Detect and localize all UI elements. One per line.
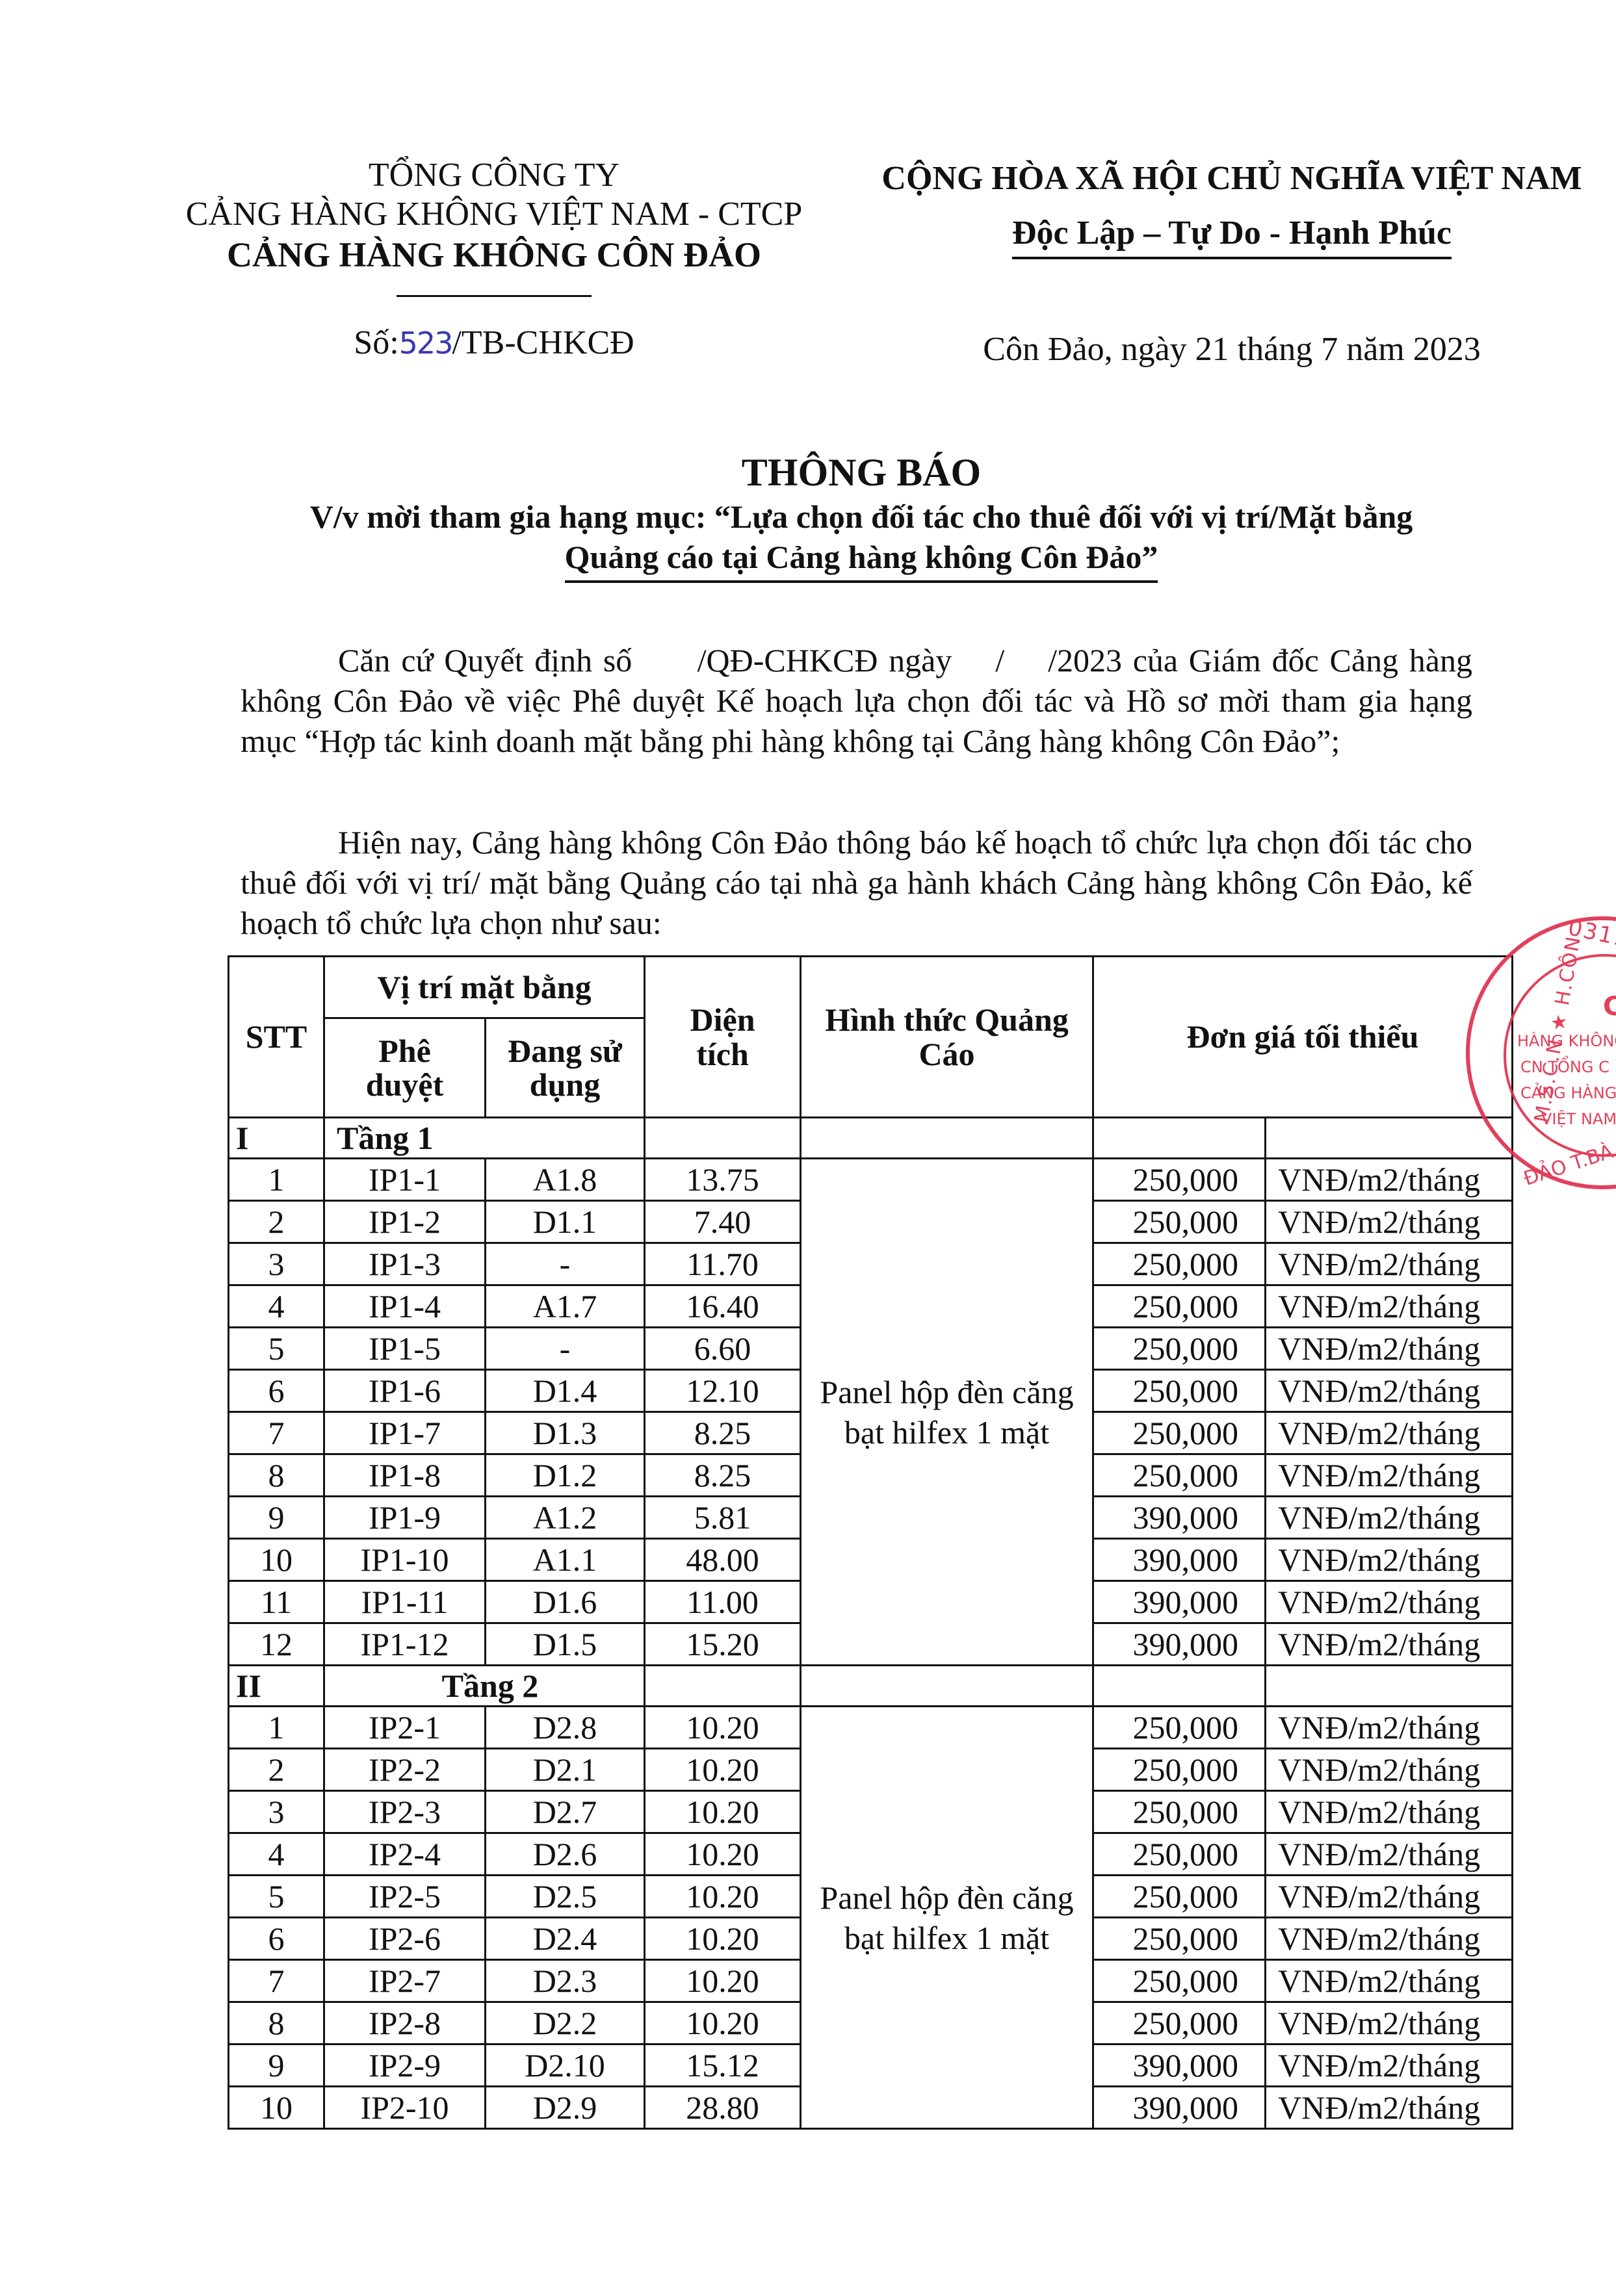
table-row: 1IP1-1A1.813.75Panel hộp đèn căng bạt hi… bbox=[229, 1159, 1513, 1201]
cell-price-unit: VNĐ/m2/tháng bbox=[1266, 2002, 1513, 2044]
cell-in-use-location: A1.1 bbox=[486, 1539, 645, 1581]
cell-approved-location: IP1-12 bbox=[324, 1623, 486, 1666]
cell-price-unit: VNĐ/m2/tháng bbox=[1266, 1791, 1513, 1833]
cell-approved-location: IP2-10 bbox=[324, 2087, 486, 2129]
cell-stt: 1 bbox=[229, 1707, 324, 1749]
cell-min-price: 250,000 bbox=[1093, 1960, 1266, 2002]
cell-stt: 3 bbox=[229, 1791, 324, 1833]
cell-stt: 2 bbox=[229, 1749, 324, 1791]
cell-min-price: 250,000 bbox=[1093, 1707, 1266, 1749]
cell-approved-location: IP1-1 bbox=[324, 1159, 486, 1201]
cell-approved-location: IP2-1 bbox=[324, 1707, 486, 1749]
cell-stt: 9 bbox=[229, 1497, 324, 1539]
cell-area: 10.20 bbox=[645, 1918, 801, 1960]
cell-stt: 5 bbox=[229, 1876, 324, 1918]
issue-date: Côn Đảo, ngày 21 tháng 7 năm 2023 bbox=[865, 330, 1599, 368]
paragraph-announcement: Hiện nay, Cảng hàng không Côn Đảo thông … bbox=[241, 822, 1472, 943]
cell-in-use-location: D2.2 bbox=[486, 2002, 645, 2044]
cell-in-use-location: - bbox=[486, 1328, 645, 1370]
cell-stt: 8 bbox=[229, 1454, 324, 1497]
cell-price-unit: VNĐ/m2/tháng bbox=[1266, 1497, 1513, 1539]
cell-min-price: 390,000 bbox=[1093, 1539, 1266, 1581]
cell-in-use-location: A1.8 bbox=[486, 1159, 645, 1201]
cell-min-price: 390,000 bbox=[1093, 2087, 1266, 2129]
cell-min-price: 390,000 bbox=[1093, 1623, 1266, 1666]
empty-cell bbox=[1266, 1666, 1513, 1707]
cell-area: 16.40 bbox=[645, 1285, 801, 1328]
cell-price-unit: VNĐ/m2/tháng bbox=[1266, 1749, 1513, 1791]
cell-price-unit: VNĐ/m2/tháng bbox=[1266, 1370, 1513, 1412]
cell-stt: 12 bbox=[229, 1623, 324, 1666]
cell-stt: 11 bbox=[229, 1581, 324, 1623]
cell-stt: 10 bbox=[229, 1539, 324, 1581]
section-number: I bbox=[229, 1118, 324, 1159]
cell-min-price: 250,000 bbox=[1093, 1454, 1266, 1497]
cell-price-unit: VNĐ/m2/tháng bbox=[1266, 1623, 1513, 1666]
section-label: Tầng 2 bbox=[324, 1666, 645, 1707]
cell-price-unit: VNĐ/m2/tháng bbox=[1266, 1539, 1513, 1581]
section-label: Tầng 1 bbox=[324, 1118, 645, 1159]
cell-stt: 9 bbox=[229, 2044, 324, 2087]
table-row: 1IP2-1D2.810.20Panel hộp đèn căng bạt hi… bbox=[229, 1707, 1513, 1749]
cell-approved-location: IP1-3 bbox=[324, 1243, 486, 1285]
cell-in-use-location: A1.7 bbox=[486, 1285, 645, 1328]
empty-cell bbox=[801, 1666, 1093, 1707]
cell-area: 11.70 bbox=[645, 1243, 801, 1285]
cell-approved-location: IP1-8 bbox=[324, 1454, 486, 1497]
seal-center-line-4: CẢNG HÀNG bbox=[1520, 1084, 1616, 1102]
cell-area: 10.20 bbox=[645, 1876, 801, 1918]
cell-stt: 7 bbox=[229, 1412, 324, 1454]
cell-approved-location: IP2-4 bbox=[324, 1833, 486, 1876]
empty-cell bbox=[1093, 1118, 1266, 1159]
cell-in-use-location: D2.4 bbox=[486, 1918, 645, 1960]
org-parent-line: TỔNG CÔNG TY bbox=[137, 156, 852, 195]
cell-approved-location: IP1-9 bbox=[324, 1497, 486, 1539]
cell-approved-location: IP1-2 bbox=[324, 1201, 486, 1243]
national-header: CỘNG HÒA XÃ HỘI CHỦ NGHĨA VIỆT NAM Độc L… bbox=[865, 159, 1599, 259]
cell-approved-location: IP2-9 bbox=[324, 2044, 486, 2087]
cell-stt: 7 bbox=[229, 1960, 324, 2002]
cell-ad-form: Panel hộp đèn căng bạt hilfex 1 mặt bbox=[801, 1707, 1093, 2129]
doc-number-prefix: Số: bbox=[354, 324, 398, 361]
cell-approved-location: IP1-5 bbox=[324, 1328, 486, 1370]
empty-cell bbox=[1266, 1118, 1513, 1159]
cell-approved-location: IP2-2 bbox=[324, 1749, 486, 1791]
cell-area: 8.25 bbox=[645, 1454, 801, 1497]
org-unit-line: CẢNG HÀNG KHÔNG CÔN ĐẢO bbox=[137, 234, 852, 276]
cell-area: 10.20 bbox=[645, 1833, 801, 1876]
cell-approved-location: IP1-10 bbox=[324, 1539, 486, 1581]
cell-in-use-location: - bbox=[486, 1243, 645, 1285]
cell-approved-location: IP1-7 bbox=[324, 1412, 486, 1454]
cell-in-use-location: D1.2 bbox=[486, 1454, 645, 1497]
cell-min-price: 390,000 bbox=[1093, 1497, 1266, 1539]
cell-in-use-location: D1.3 bbox=[486, 1412, 645, 1454]
cell-price-unit: VNĐ/m2/tháng bbox=[1266, 1833, 1513, 1876]
cell-stt: 5 bbox=[229, 1328, 324, 1370]
cell-area: 15.20 bbox=[645, 1623, 801, 1666]
header-ad-form: Hình thức Quảng Cáo bbox=[801, 957, 1093, 1118]
cell-approved-location: IP2-6 bbox=[324, 1918, 486, 1960]
cell-min-price: 250,000 bbox=[1093, 1833, 1266, 1876]
cell-in-use-location: D2.5 bbox=[486, 1876, 645, 1918]
cell-stt: 4 bbox=[229, 1833, 324, 1876]
doc-number-handwritten: 523 bbox=[399, 326, 452, 361]
cell-min-price: 250,000 bbox=[1093, 1412, 1266, 1454]
cell-price-unit: VNĐ/m2/tháng bbox=[1266, 1707, 1513, 1749]
cell-stt: 6 bbox=[229, 1918, 324, 1960]
cell-area: 5.81 bbox=[645, 1497, 801, 1539]
cell-in-use-location: D2.10 bbox=[486, 2044, 645, 2087]
cell-price-unit: VNĐ/m2/tháng bbox=[1266, 1876, 1513, 1918]
seal-center-line-3: CN TỔNG C bbox=[1520, 1058, 1609, 1076]
section-number: II bbox=[229, 1666, 324, 1707]
cell-area: 10.20 bbox=[645, 1960, 801, 2002]
cell-area: 15.12 bbox=[645, 2044, 801, 2087]
cell-stt: 1 bbox=[229, 1159, 324, 1201]
notice-title-block: THÔNG BÁO V/v mời tham gia hạng mục: “Lự… bbox=[228, 448, 1495, 577]
cell-area: 12.10 bbox=[645, 1370, 801, 1412]
cell-area: 48.00 bbox=[645, 1539, 801, 1581]
org-corporation-line: CẢNG HÀNG KHÔNG VIỆT NAM - CTCP bbox=[137, 195, 852, 234]
cell-price-unit: VNĐ/m2/tháng bbox=[1266, 2087, 1513, 2129]
cell-min-price: 250,000 bbox=[1093, 1370, 1266, 1412]
cell-area: 10.20 bbox=[645, 1707, 801, 1749]
seal-center-line-5: VIỆT NAM- bbox=[1541, 1110, 1616, 1128]
header-area: Diện tích bbox=[645, 957, 801, 1118]
cell-approved-location: IP2-5 bbox=[324, 1876, 486, 1918]
cell-min-price: 390,000 bbox=[1093, 2044, 1266, 2087]
issuing-organization: TỔNG CÔNG TY CẢNG HÀNG KHÔNG VIỆT NAM - … bbox=[137, 156, 852, 297]
cell-approved-location: IP1-4 bbox=[324, 1285, 486, 1328]
cell-min-price: 390,000 bbox=[1093, 1581, 1266, 1623]
cell-price-unit: VNĐ/m2/tháng bbox=[1266, 1328, 1513, 1370]
cell-min-price: 250,000 bbox=[1093, 1918, 1266, 1960]
cell-price-unit: VNĐ/m2/tháng bbox=[1266, 1159, 1513, 1201]
cell-area: 10.20 bbox=[645, 1791, 801, 1833]
header-location-group: Vị trí mặt bằng bbox=[324, 957, 645, 1018]
cell-min-price: 250,000 bbox=[1093, 1876, 1266, 1918]
cell-min-price: 250,000 bbox=[1093, 1285, 1266, 1328]
cell-price-unit: VNĐ/m2/tháng bbox=[1266, 1454, 1513, 1497]
cell-area: 8.25 bbox=[645, 1412, 801, 1454]
cell-price-unit: VNĐ/m2/tháng bbox=[1266, 1412, 1513, 1454]
empty-cell bbox=[645, 1666, 801, 1707]
cell-price-unit: VNĐ/m2/tháng bbox=[1266, 1243, 1513, 1285]
cell-min-price: 250,000 bbox=[1093, 2002, 1266, 2044]
cell-stt: 10 bbox=[229, 2087, 324, 2129]
cell-area: 7.40 bbox=[645, 1201, 801, 1243]
cell-min-price: 250,000 bbox=[1093, 1749, 1266, 1791]
cell-area: 11.00 bbox=[645, 1581, 801, 1623]
header-approved: Phê duyệt bbox=[324, 1018, 486, 1118]
cell-in-use-location: D2.9 bbox=[486, 2087, 645, 2129]
cell-area: 28.80 bbox=[645, 2087, 801, 2129]
cell-price-unit: VNĐ/m2/tháng bbox=[1266, 1581, 1513, 1623]
table-section-row: ITầng 1 bbox=[229, 1118, 1513, 1159]
cell-in-use-location: A1.2 bbox=[486, 1497, 645, 1539]
cell-in-use-location: D1.6 bbox=[486, 1581, 645, 1623]
cell-in-use-location: D2.7 bbox=[486, 1791, 645, 1833]
cell-price-unit: VNĐ/m2/tháng bbox=[1266, 1960, 1513, 2002]
cell-area: 10.20 bbox=[645, 1749, 801, 1791]
cell-in-use-location: D2.8 bbox=[486, 1707, 645, 1749]
cell-min-price: 250,000 bbox=[1093, 1328, 1266, 1370]
cell-in-use-location: D2.6 bbox=[486, 1833, 645, 1876]
cell-approved-location: IP2-7 bbox=[324, 1960, 486, 2002]
cell-stt: 6 bbox=[229, 1370, 324, 1412]
doc-number-suffix: /TB-CHKCĐ bbox=[452, 324, 634, 361]
document-number: Số:523/TB-CHKCĐ bbox=[137, 324, 852, 362]
empty-cell bbox=[1093, 1666, 1266, 1707]
cell-area: 6.60 bbox=[645, 1328, 801, 1370]
notice-title: THÔNG BÁO bbox=[228, 448, 1495, 497]
cell-approved-location: IP1-11 bbox=[324, 1581, 486, 1623]
cell-approved-location: IP1-6 bbox=[324, 1370, 486, 1412]
cell-stt: 8 bbox=[229, 2002, 324, 2044]
cell-approved-location: IP2-3 bbox=[324, 1791, 486, 1833]
table-section-row: IITầng 2 bbox=[229, 1666, 1513, 1707]
paragraph-legal-basis: Căn cứ Quyết định số /QĐ-CHKCĐ ngày / /2… bbox=[241, 640, 1472, 761]
header-min-price: Đơn giá tối thiểu bbox=[1093, 957, 1513, 1118]
cell-in-use-location: D2.1 bbox=[486, 1749, 645, 1791]
national-motto: Độc Lập – Tự Do - Hạnh Phúc bbox=[1012, 214, 1452, 259]
notice-subject-line-1: V/v mời tham gia hạng mục: “Lựa chọn đối… bbox=[228, 497, 1495, 537]
cell-stt: 2 bbox=[229, 1201, 324, 1243]
cell-price-unit: VNĐ/m2/tháng bbox=[1266, 1201, 1513, 1243]
cell-stt: 3 bbox=[229, 1243, 324, 1285]
advertising-locations-table: STT Vị trí mặt bằng Diện tích Hình thức … bbox=[228, 955, 1513, 2130]
cell-min-price: 250,000 bbox=[1093, 1201, 1266, 1243]
header-in-use: Đang sử dụng bbox=[486, 1018, 645, 1118]
cell-price-unit: VNĐ/m2/tháng bbox=[1266, 2044, 1513, 2087]
cell-min-price: 250,000 bbox=[1093, 1791, 1266, 1833]
cell-approved-location: IP2-8 bbox=[324, 2002, 486, 2044]
seal-center-line-2: HÀNG KHÔNG bbox=[1517, 1032, 1616, 1050]
cell-ad-form: Panel hộp đèn căng bạt hilfex 1 mặt bbox=[801, 1159, 1093, 1666]
cell-in-use-location: D1.5 bbox=[486, 1623, 645, 1666]
cell-area: 10.20 bbox=[645, 2002, 801, 2044]
cell-min-price: 250,000 bbox=[1093, 1159, 1266, 1201]
national-title: CỘNG HÒA XÃ HỘI CHỦ NGHĨA VIỆT NAM bbox=[865, 159, 1599, 198]
org-underline bbox=[397, 295, 592, 297]
empty-cell bbox=[645, 1118, 801, 1159]
seal-center-line-1: CẢN bbox=[1603, 992, 1616, 1022]
cell-min-price: 250,000 bbox=[1093, 1243, 1266, 1285]
cell-price-unit: VNĐ/m2/tháng bbox=[1266, 1918, 1513, 1960]
header-stt: STT bbox=[229, 957, 324, 1118]
cell-area: 13.75 bbox=[645, 1159, 801, 1201]
cell-in-use-location: D1.4 bbox=[486, 1370, 645, 1412]
cell-price-unit: VNĐ/m2/tháng bbox=[1266, 1285, 1513, 1328]
cell-in-use-location: D2.3 bbox=[486, 1960, 645, 2002]
cell-stt: 4 bbox=[229, 1285, 324, 1328]
empty-cell bbox=[801, 1118, 1093, 1159]
notice-subject-line-2: Quảng cáo tại Cảng hàng không Côn Đảo” bbox=[228, 537, 1495, 577]
cell-in-use-location: D1.1 bbox=[486, 1201, 645, 1243]
